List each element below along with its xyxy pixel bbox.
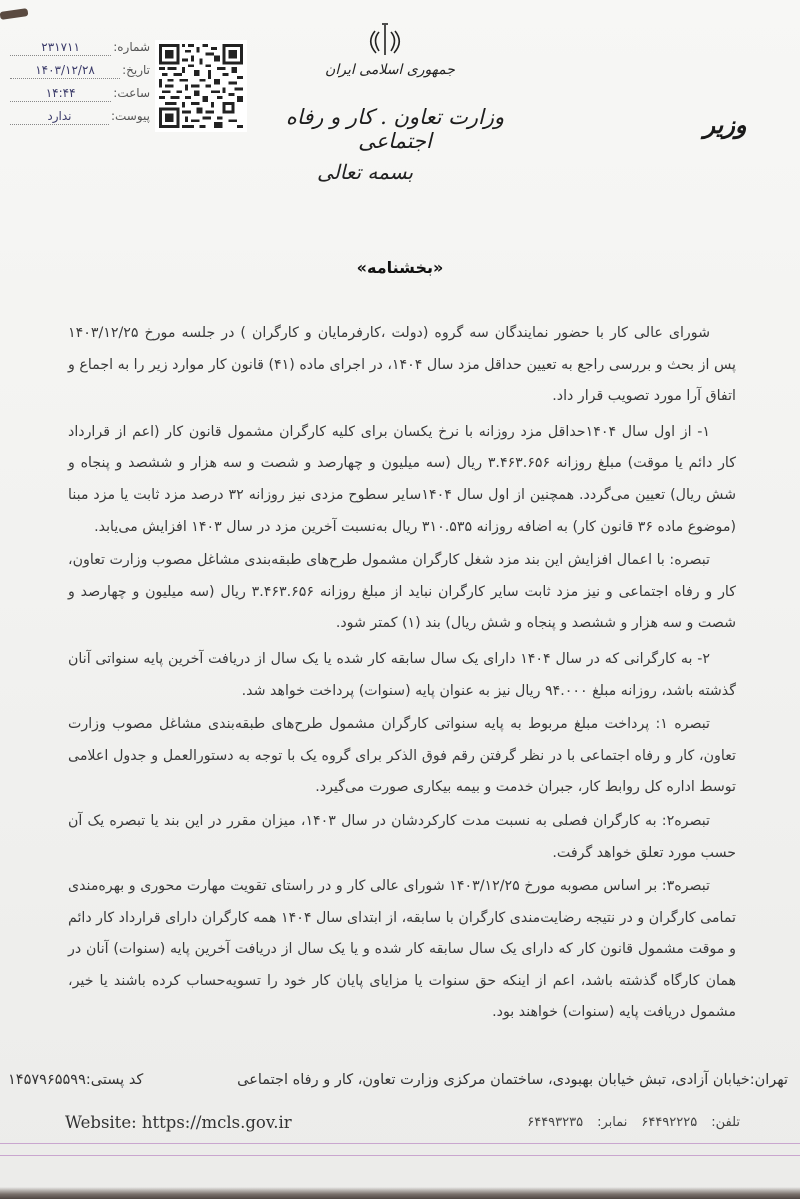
iran-emblem-icon <box>365 22 405 60</box>
attachment-label: پیوست: <box>111 109 150 123</box>
letter-meta: شماره: ۲۳۱۷۱۱ تاریخ: ۱۴۰۳/۱۲/۲۸ ساعت: ۱۴… <box>10 40 150 132</box>
number-value: ۲۳۱۷۱۱ <box>10 40 111 56</box>
time-label: ساعت: <box>113 86 150 100</box>
fax-label: نمابر: <box>597 1115 627 1130</box>
document-title: «بخشنامه» <box>300 258 500 277</box>
phone-fax: تلفن: ۶۴۴۹۲۲۲۵ نمابر: ۶۴۴۹۳۲۳۵ <box>527 1115 740 1130</box>
number-label: شماره: <box>113 40 150 54</box>
time-value: ۱۴:۴۴ <box>10 86 111 102</box>
scan-artifact <box>0 8 28 20</box>
minister-title: وزیر <box>690 110 760 139</box>
republic-name: جمهوری اسلامی ایران <box>300 62 480 78</box>
fax-value: ۶۴۴۹۳۲۳۵ <box>527 1115 583 1130</box>
scan-edge <box>0 1187 800 1199</box>
meta-attachment: پیوست: ندارد <box>10 109 150 132</box>
website-link[interactable]: Website: https://mcls.gov.ir <box>65 1113 292 1132</box>
phone-label: تلفن: <box>711 1115 740 1130</box>
ministry-name: وزارت تعاون . کار و رفاه اجتماعی <box>250 105 540 153</box>
meta-date: تاریخ: ۱۴۰۳/۱۲/۲۸ <box>10 63 150 86</box>
clause-2-note-3: تبصره۳: بر اساس مصوبه مورخ ۱۴۰۳/۱۲/۲۵ شو… <box>68 871 736 1029</box>
meta-time: ساعت: ۱۴:۴۴ <box>10 86 150 109</box>
date-value: ۱۴۰۳/۱۲/۲۸ <box>10 63 120 79</box>
clause-1-note: تبصره: با اعمال افزایش این بند مزد شغل ک… <box>68 545 736 640</box>
postal-code: کد پستی:۱۴۵۷۹۶۵۵۹۹ <box>8 1072 143 1088</box>
date-label: تاریخ: <box>122 63 150 77</box>
clause-1: ۱- از اول سال ۱۴۰۴حداقل مزد روزانه با نر… <box>68 417 736 543</box>
basmala: بسمه تعالی <box>300 160 430 184</box>
clause-2: ۲- به کارگرانی که در سال ۱۴۰۴ دارای یک س… <box>68 644 736 707</box>
document-page: شماره: ۲۳۱۷۱۱ تاریخ: ۱۴۰۳/۱۲/۲۸ ساعت: ۱۴… <box>0 0 800 1199</box>
clause-2-note-1: تبصره ۱: پرداخت مبلغ مربوط به پایه سنوات… <box>68 709 736 804</box>
meta-number: شماره: ۲۳۱۷۱۱ <box>10 40 150 63</box>
footer-contact-row: Website: https://mcls.gov.ir تلفن: ۶۴۴۹۲… <box>0 1113 800 1137</box>
phone-value: ۶۴۴۹۲۲۲۵ <box>641 1115 697 1130</box>
qr-code-icon <box>155 40 247 132</box>
footer-divider <box>0 1155 800 1156</box>
document-body: شورای عالی کار با حضور نمایندگان سه گروه… <box>68 318 736 1031</box>
footer-address-row: تهران:خیابان آزادی، تبش خیابان بهبودی، س… <box>8 1072 788 1088</box>
clause-2-note-2: تبصره۲: به کارگران فصلی به نسبت مدت کارک… <box>68 806 736 869</box>
intro-paragraph: شورای عالی کار با حضور نمایندگان سه گروه… <box>68 318 736 413</box>
footer-address: تهران:خیابان آزادی، تبش خیابان بهبودی، س… <box>237 1072 788 1088</box>
attachment-value: ندارد <box>10 109 109 125</box>
footer-divider <box>0 1143 800 1144</box>
